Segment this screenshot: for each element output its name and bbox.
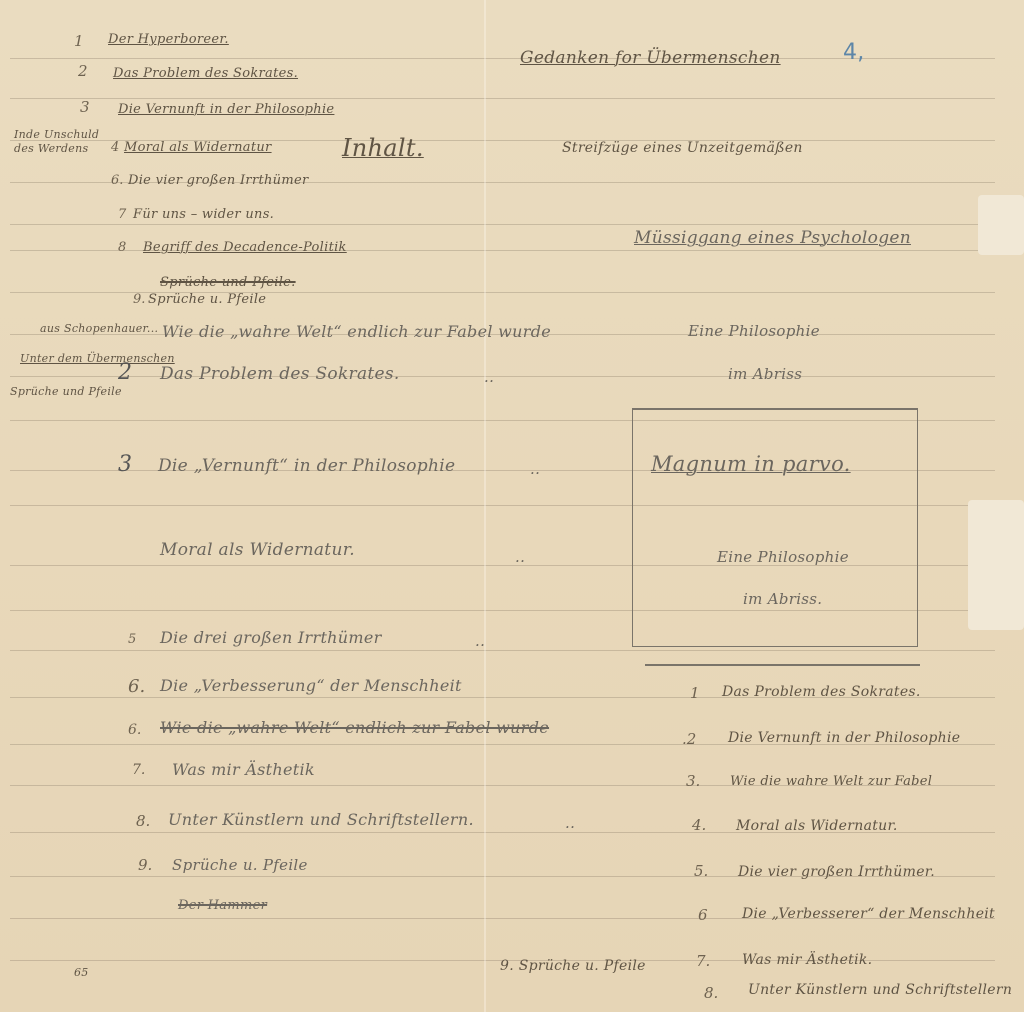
list-item: Begriff des Decadence-Politik [143,240,347,255]
margin-note: Unter dem Übermenschen [20,352,175,365]
subheading: Eine Philosophie [688,322,820,340]
list-item: Die „Vernunft“ in der Philosophie [158,456,455,476]
subheading: Streifzüge eines Unzeitgemäßen [562,140,803,156]
page-title: Inhalt. [342,134,424,162]
manuscript-page: 4, Inhalt. 1 Der Hyperboreer. 2 Das Prob… [0,0,1024,1012]
margin-note: Sprüche und Pfeile [10,385,122,398]
list-item: Für uns – wider uns. [133,207,274,222]
bottom-note: 9. Sprüche u. Pfeile [500,958,646,974]
margin-note: Inde Unschuld des Werdens [14,128,104,156]
list-item: Die „Verbesserung“ der Menschheit [160,676,462,695]
list-item: Wie die wahre Welt zur Fabel [730,774,932,789]
list-item: Moral als Widernatur [124,140,272,155]
list-item: Die Vernunft in der Philosophie [728,730,960,746]
subheading: im Abriss [728,365,802,383]
list-item: Die Vernunft in der Philosophie [118,102,334,117]
list-item: Unter Künstlern und Schriftstellern [748,982,1012,998]
divider [645,664,920,666]
list-item: Sprüche u. Pfeile [148,292,266,307]
list-item: Das Problem des Sokrates. [160,364,400,384]
motto-line: im Abriss. [743,590,822,608]
list-item: Moral als Widernatur. [736,818,898,834]
list-item: Das Problem des Sokrates. [113,66,298,81]
list-item: Moral als Widernatur. [160,540,355,560]
list-item: Die drei großen Irrthümer [160,628,382,647]
list-item: Die vier großen Irrthümer [128,173,308,188]
list-item-struck: Sprüche und Pfeile. [160,275,296,290]
list-item: Was mir Ästhetik. [742,952,872,968]
motto-box: Magnum in parvo. Eine Philosophie im Abr… [632,408,918,647]
margin-note: aus Schopenhauer... [40,322,158,335]
folio-number: 65 [74,966,89,979]
heading: Gedanken for Übermenschen [520,48,781,68]
list-item: Wie die „wahre Welt“ endlich zur Fabel w… [162,322,551,341]
motto-line: Eine Philosophie [717,548,849,566]
page-number: 4, [843,40,865,65]
list-item: Sprüche u. Pfeile [172,856,308,874]
list-item: Was mir Ästhetik [172,760,315,779]
list-item: Unter Künstlern und Schriftstellern. [168,810,474,829]
list-item: Die „Verbesserer“ der Menschheit [742,906,995,922]
list-item: Das Problem des Sokrates. [722,684,921,700]
heading: Müssiggang eines Psychologen [634,228,911,248]
motto-title: Magnum in parvo. [651,452,851,476]
list-item: Die vier großen Irrthümer. [738,864,935,880]
list-item: Der Hyperboreer. [108,32,229,47]
list-item-struck: Wie die „wahre Welt“ endlich zur Fabel w… [160,718,549,737]
list-item-struck: Der Hammer [178,898,267,913]
